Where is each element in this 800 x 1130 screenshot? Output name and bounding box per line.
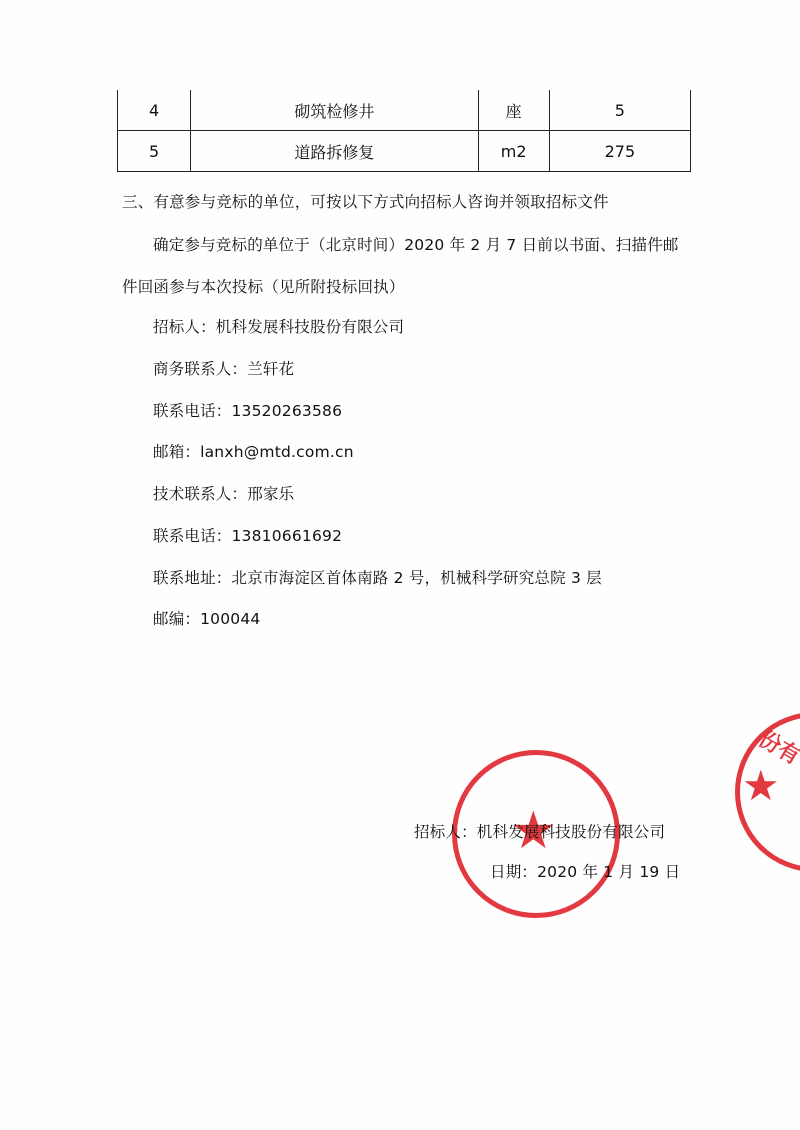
paragraph-line-1: 确定参与竞标的单位于（北京时间）2020 年 2 月 7 日前以书面、扫描件邮 bbox=[153, 233, 679, 255]
business-phone-line: 联系电话：13520263586 bbox=[153, 399, 342, 421]
table-row: 5 道路拆修复 m2 275 bbox=[118, 131, 691, 172]
cell-unit: 座 bbox=[478, 90, 549, 131]
table-row: 4 砌筑检修井 座 5 bbox=[118, 90, 691, 131]
business-contact-line: 商务联系人：兰轩花 bbox=[153, 357, 294, 379]
paragraph-line-2: 件回函参与本次投标（见所附投标回执） bbox=[122, 275, 405, 297]
cell-qty: 5 bbox=[549, 90, 690, 131]
seal-star-icon: ★ bbox=[742, 765, 780, 807]
document-page: 4 砌筑检修井 座 5 5 道路拆修复 m2 275 三、有意参与竞标的单位，可… bbox=[0, 0, 800, 1130]
section-heading: 三、有意参与竞标的单位，可按以下方式向招标人咨询并领取招标文件 bbox=[122, 190, 609, 212]
signature-date: 日期：2020 年 1 月 19 日 bbox=[490, 860, 680, 882]
email-line: 邮箱：lanxh@mtd.com.cn bbox=[153, 440, 354, 462]
cell-unit: m2 bbox=[478, 131, 549, 172]
cell-item: 道路拆修复 bbox=[191, 131, 479, 172]
items-table: 4 砌筑检修井 座 5 5 道路拆修复 m2 275 bbox=[117, 90, 691, 172]
cell-item: 砌筑检修井 bbox=[191, 90, 479, 131]
tech-contact-line: 技术联系人：邢家乐 bbox=[153, 482, 294, 504]
partial-seal: ★ 份有 bbox=[735, 712, 800, 872]
tenderer-line: 招标人：机科发展科技股份有限公司 bbox=[153, 315, 404, 337]
cell-qty: 275 bbox=[549, 131, 690, 172]
signature-tenderer: 招标人：机科发展科技股份有限公司 bbox=[414, 820, 665, 842]
cell-no: 4 bbox=[118, 90, 191, 131]
postcode-line: 邮编：100044 bbox=[153, 607, 260, 629]
cell-no: 5 bbox=[118, 131, 191, 172]
tech-phone-line: 联系电话：13810661692 bbox=[153, 524, 342, 546]
address-line: 联系地址：北京市海淀区首体南路 2 号，机械科学研究总院 3 层 bbox=[153, 566, 602, 588]
